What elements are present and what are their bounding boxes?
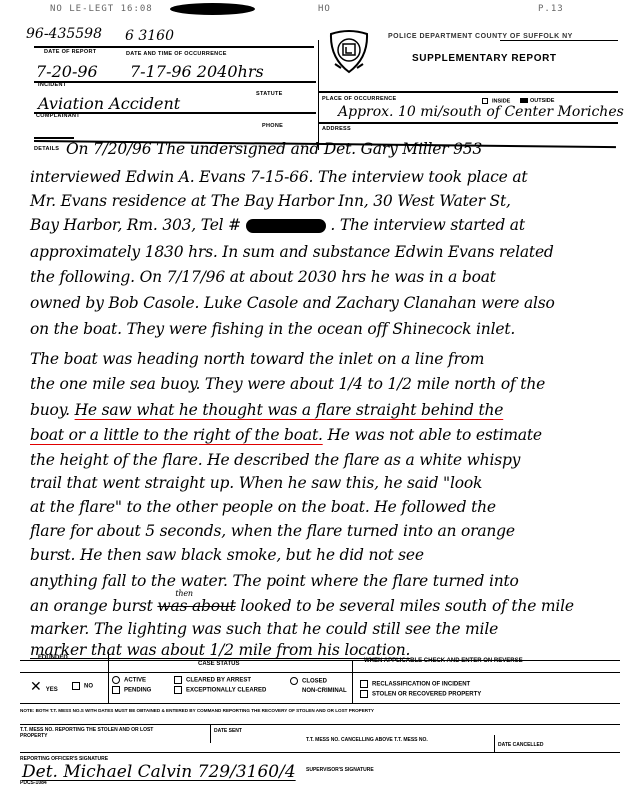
status-active-checkbox[interactable]: ACTIVE <box>112 676 146 684</box>
narrative-line: Bay Harbor, Rm. 303, Tel # . The intervi… <box>30 216 525 234</box>
fax-header-left: NO LE-LEGT 16:08 <box>50 4 153 14</box>
report-title: SUPPLEMENTARY REPORT <box>412 53 557 64</box>
label-place-of-occurrence: PLACE OF OCCURRENCE <box>322 96 396 102</box>
form-code: PDCS-1084 <box>20 780 47 786</box>
label-incident: INCIDENT <box>38 82 66 88</box>
status-cleared-arrest-checkbox[interactable]: CLEARED BY ARREST <box>174 676 251 684</box>
stolen-recovered-checkbox[interactable]: STOLEN OR RECOVERED PROPERTY <box>360 690 481 698</box>
label-when-applicable: WHEN APPLICABLE CHECK AND ENTER ON REVER… <box>364 658 523 664</box>
agency-name: POLICE DEPARTMENT COUNTY OF SUFFOLK NY <box>388 33 573 40</box>
narrative-line: boat or a little to the right of the boa… <box>30 426 542 444</box>
narrative-line: marker. The lighting was such that he co… <box>30 620 498 638</box>
reclassification-checkbox[interactable]: RECLASSIFICATION OF INCIDENT <box>360 680 470 688</box>
date-of-report-value: 7-20-96 <box>36 62 98 81</box>
narrative-line: at the flare" to the other people on the… <box>30 498 496 516</box>
label-statute: STATUTE <box>256 91 283 97</box>
label-supervisor: SUPERVISOR'S SIGNATURE <box>306 767 374 773</box>
founded-yes-checkbox[interactable]: ✕YES <box>30 678 58 695</box>
label-tt-reporting: T.T. MESS NO. REPORTING THE STOLEN AND O… <box>20 727 180 739</box>
narrative-line: an orange burst was aboutthen looked to … <box>30 597 574 615</box>
status-closed-checkbox[interactable]: CLOSED <box>290 677 327 685</box>
redacted-phone <box>246 219 326 233</box>
label-details: DETAILS <box>34 146 59 152</box>
fax-header-center: HO <box>318 4 331 14</box>
narrative-line: Mr. Evans residence at The Bay Harbor In… <box>30 192 511 210</box>
department-seal-icon <box>328 28 370 74</box>
narrative-line: interviewed Edwin A. Evans 7-15-66. The … <box>30 168 527 186</box>
status-pending-checkbox[interactable]: PENDING <box>112 686 151 694</box>
label-date-time-occurrence: DATE AND TIME OF OCCURRENCE <box>126 51 227 57</box>
date-time-occurrence-value: 7-17-96 2040hrs <box>130 62 264 81</box>
label-date-cancelled: DATE CANCELLED <box>498 742 543 748</box>
status-exceptionally-cleared-checkbox[interactable]: EXCEPTIONALLY CLEARED <box>174 686 266 694</box>
fax-header-page: P.13 <box>538 4 564 14</box>
narrative-line: flare for about 5 seconds, when the flar… <box>30 522 515 540</box>
narrative-line: the height of the flare. He described th… <box>30 451 520 469</box>
officer-signature: Det. Michael Calvin 729/3160/4 <box>22 762 296 782</box>
narrative-line: owned by Bob Casole. Luke Casole and Zac… <box>30 294 555 312</box>
incident-value: Aviation Accident <box>38 94 180 113</box>
narrative-line: The boat was heading north toward the in… <box>30 350 484 368</box>
label-tt-cancelling: T.T. MESS NO. CANCELLING ABOVE T.T. MESS… <box>306 737 428 743</box>
narrative-line: trail that went straight up. When he saw… <box>30 474 482 492</box>
narrative-line: on the boat. They were fishing in the oc… <box>30 320 515 338</box>
narrative-line: approximately 1830 hrs. In sum and subst… <box>30 243 554 261</box>
narrative-line: marker that was about 1/2 mile from his … <box>30 641 410 659</box>
label-complainant: COMPLAINANT <box>36 113 80 119</box>
founded-no-checkbox[interactable]: NO <box>72 682 93 690</box>
label-case-status: CASE STATUS <box>198 661 239 667</box>
case-number: 96-435598 <box>26 26 102 42</box>
narrative-line: the one mile sea buoy. They were about 1… <box>30 375 545 393</box>
redaction-bar <box>170 3 255 15</box>
narrative-line: burst. He then saw black smoke, but he d… <box>30 546 424 564</box>
place-of-occurrence-value: Approx. 10 mi/south of Center Moriches <box>338 104 624 120</box>
case-extra: 6 3160 <box>125 28 174 44</box>
label-founded: FOUNDED <box>38 655 68 661</box>
note-text: NOTE: BOTH T.T. MESS NO.S WITH DATES MUS… <box>20 708 374 713</box>
narrative-line: buoy. He saw what he thought was a flare… <box>30 401 503 419</box>
narrative-line: On 7/20/96 The undersigned and Det. Gary… <box>66 140 482 158</box>
label-phone: PHONE <box>262 123 283 129</box>
narrative-line: anything fall to the water. The point wh… <box>30 572 519 590</box>
label-non-criminal: NON-CRIMINAL <box>302 688 347 694</box>
narrative-line: the following. On 7/17/96 at about 2030 … <box>30 268 496 286</box>
label-date-sent: DATE SENT <box>214 728 242 734</box>
label-date-of-report: DATE OF REPORT <box>44 49 96 55</box>
label-address: ADDRESS <box>322 126 351 132</box>
